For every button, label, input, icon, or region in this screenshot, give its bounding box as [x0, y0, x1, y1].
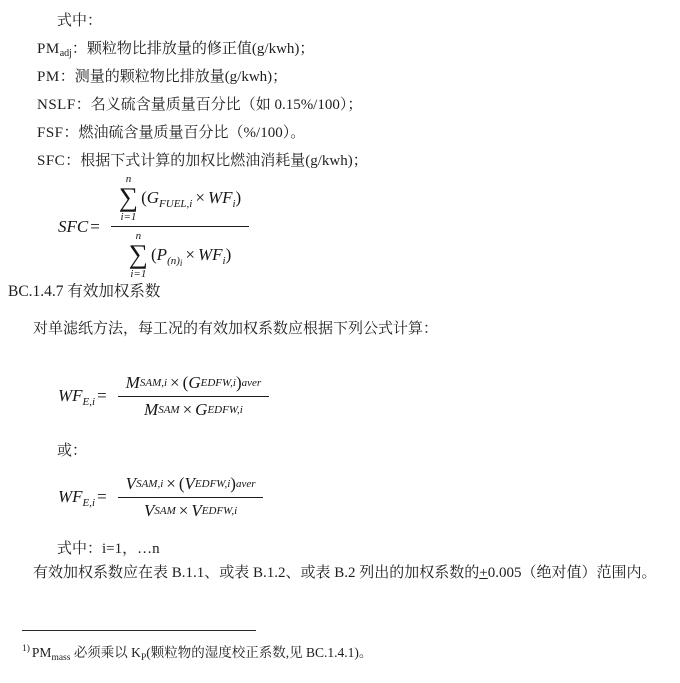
- sum-lower-limit: i=1: [130, 268, 146, 280]
- variable-wf-e: WF: [58, 386, 83, 405]
- subscript: FUEL,i: [159, 198, 192, 210]
- variable-p: P: [157, 245, 167, 264]
- paragraph-tolerance: 有效加权系数应在表 B.1.1、或表 B.1.2、或表 B.2 列出的加权系数的…: [5, 561, 672, 585]
- definition-term: PM: [37, 41, 60, 57]
- variable-wf: WF: [208, 188, 233, 207]
- definition-term-subscript: adj: [60, 48, 72, 59]
- variable-m-sam-i: M: [126, 373, 140, 393]
- footnote-marker: 1): [22, 644, 30, 654]
- wf-formula-mass: WFE,i= MSAM,i×(GEDFW,i)aver MSAM×GEDFW,i: [58, 367, 680, 425]
- variable-wf: WF: [198, 245, 223, 264]
- multiply-sign: ×: [183, 400, 193, 420]
- document-page: 式中： PMadj：颗粒物比排放量的修正值(g/kwh)； PM：测量的颗粒物比…: [0, 0, 680, 585]
- multiply-sign: ×: [179, 501, 189, 521]
- wf-fraction: MSAM,i×(GEDFW,i)aver MSAM×GEDFW,i: [118, 373, 269, 420]
- definition-fsf: FSF：燃油硫含量质量百分比（%/100）。: [37, 119, 680, 147]
- wf-denominator: VSAM×VEDFW,i: [136, 501, 245, 521]
- definition-sfc: SFC：根据下式计算的加权比燃油消耗量(g/kwh)；: [37, 147, 680, 175]
- variable-v-edfw: V: [185, 474, 195, 494]
- section-heading: BC.1.4.7 有效加权系数: [8, 281, 680, 303]
- wf-denominator: MSAM×GEDFW,i: [136, 400, 251, 420]
- wf-numerator: MSAM,i×(GEDFW,i)aver: [118, 373, 269, 393]
- sigma-glyph: ∑: [129, 242, 148, 268]
- tolerance-text-before: 有效加权系数应在表 B.1.1、或表 B.1.2、或表 B.2 列出的加权系数的: [33, 565, 479, 581]
- wf-formula-volume: WFE,i= VSAM,i×(VEDFW,i)aver VSAM×VEDFW,i: [58, 468, 680, 526]
- close-paren: ): [236, 188, 242, 207]
- sum-lower-limit: i=1: [120, 211, 136, 223]
- footnote-divider: [22, 630, 256, 631]
- where-line-i: 式中：i=1，…n: [57, 538, 680, 560]
- fraction-bar: [118, 497, 264, 498]
- variable-m-sam: M: [144, 400, 158, 420]
- close-paren: ): [236, 373, 242, 393]
- summation-symbol: n∑i=1: [129, 230, 148, 280]
- subscript: E,i: [83, 497, 96, 509]
- fraction-bar: [118, 396, 269, 397]
- variable-g-edfw: G: [188, 373, 200, 393]
- multiply-sign: ×: [166, 474, 176, 494]
- subscript-i: i: [180, 258, 183, 268]
- equals-sign: =: [97, 386, 107, 405]
- summation-symbol: n∑i=1: [119, 173, 138, 223]
- definition-term: NSLF: [37, 97, 76, 113]
- definition-desc: ：测量的颗粒物比排放量(g/kwh)；: [60, 69, 288, 85]
- sigma-glyph: ∑: [119, 185, 138, 211]
- plus-minus-sign: +: [479, 565, 487, 581]
- variable-v-sam-i: V: [126, 474, 136, 494]
- multiply-sign: ×: [195, 188, 205, 207]
- multiply-sign: ×: [170, 373, 180, 393]
- definition-term: SFC: [37, 153, 65, 169]
- subscript: E,i: [83, 396, 96, 408]
- wf-fraction: VSAM,i×(VEDFW,i)aver VSAM×VEDFW,i: [118, 474, 264, 521]
- definition-desc: ：名义硫含量质量百分比（如 0.15%/100）；: [76, 97, 363, 113]
- fraction-bar: [111, 226, 249, 227]
- where-label: 式中：: [57, 7, 680, 35]
- variable-g-fuel: G: [147, 188, 159, 207]
- sfc-denominator-expression: (P(n)i×WFi): [151, 245, 231, 265]
- footnote-text: 必须乘以 K: [70, 645, 141, 660]
- definition-desc: ：根据下式计算的加权比燃油消耗量(g/kwh)；: [65, 153, 368, 169]
- definition-nslf: NSLF：名义硫含量质量百分比（如 0.15%/100）；: [37, 91, 680, 119]
- equals-sign: =: [97, 487, 107, 506]
- sfc-numerator-expression: (GFUEL,i×WFi): [141, 188, 241, 208]
- wf-formula-lhs: WFE,i=: [58, 487, 111, 507]
- paragraph-single-filter-method: 对单滤纸方法，每工况的有效加权系数应根据下列公式计算：: [33, 318, 680, 340]
- definition-desc: ：燃油硫含量质量百分比（%/100）。: [64, 125, 306, 141]
- variable-v-edfw: V: [191, 501, 201, 521]
- variable-v-sam: V: [144, 501, 154, 521]
- definition-term: PM: [37, 69, 60, 85]
- footnote: 1)PMmass 必须乘以 KP(颗粒物的湿度校正系数,见 BC.1.4.1)。: [22, 639, 680, 663]
- definition-term: FSF: [37, 125, 64, 141]
- definition-pm-adj: PMadj：颗粒物比排放量的修正值(g/kwh)；: [37, 35, 680, 63]
- or-label: 或：: [57, 440, 680, 462]
- wf-formula-lhs: WFE,i=: [58, 386, 111, 406]
- sfc-formula: SFC= n∑i=1 (GFUEL,i×WFi) n∑i=1 (P(n)i×WF…: [58, 176, 680, 277]
- sfc-var: SFC: [58, 217, 88, 236]
- footnote-pm-subscript: mass: [51, 653, 70, 663]
- subscript: (n)i: [167, 255, 182, 267]
- sfc-formula-lhs: SFC=: [58, 217, 104, 237]
- sfc-fraction: n∑i=1 (GFUEL,i×WFi) n∑i=1 (P(n)i×WFi): [111, 173, 249, 280]
- footnote-text-end: (颗粒物的湿度校正系数,见 BC.1.4.1)。: [146, 645, 372, 660]
- subscript-n: (n): [167, 255, 180, 267]
- multiply-sign: ×: [185, 245, 195, 264]
- variable-wf-e: WF: [58, 487, 83, 506]
- sfc-denominator: n∑i=1 (P(n)i×WFi): [121, 230, 240, 280]
- footnote-pm: PM: [32, 645, 52, 660]
- footnote-area: 1)PMmass 必须乘以 KP(颗粒物的湿度校正系数,见 BC.1.4.1)。: [0, 630, 680, 663]
- tolerance-text-after: 0.005（绝对值）范围内。: [488, 565, 657, 581]
- close-paren: ): [226, 245, 232, 264]
- sfc-numerator: n∑i=1 (GFUEL,i×WFi): [111, 173, 249, 223]
- definition-desc: ：颗粒物比排放量的修正值(g/kwh)；: [72, 41, 315, 57]
- definition-pm: PM：测量的颗粒物比排放量(g/kwh)；: [37, 63, 680, 91]
- wf-numerator: VSAM,i×(VEDFW,i)aver: [118, 474, 264, 494]
- variable-g-edfw: G: [195, 400, 207, 420]
- equals-sign: =: [90, 217, 100, 236]
